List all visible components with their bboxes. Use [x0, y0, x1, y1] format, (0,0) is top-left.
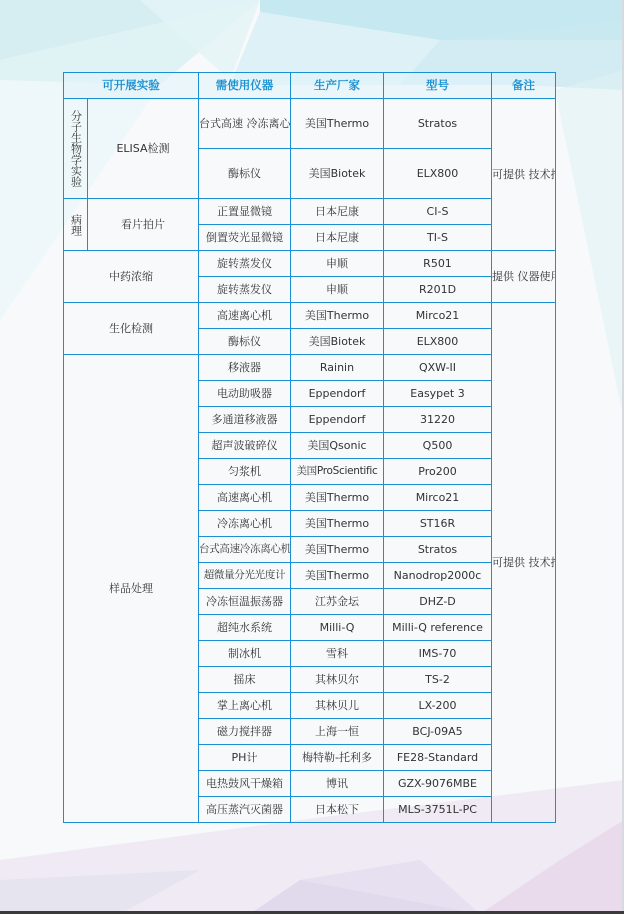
manufacturer-cell: 美国Biotek [291, 329, 384, 355]
manufacturer-cell: 美国ProScientific [291, 459, 384, 485]
model-cell: GZX-9076MBE [384, 771, 492, 797]
instrument-cell: 超微量分光光度计 [199, 563, 291, 589]
instrument-cell: 酶标仪 [199, 329, 291, 355]
table-header-row: 可开展实验 需使用仪器 生产厂家 型号 备注 [64, 73, 556, 99]
note-tech-guidance-2: 可提供 技术指导 [492, 303, 556, 823]
manufacturer-cell: Rainin [291, 355, 384, 381]
model-cell: Mirco21 [384, 485, 492, 511]
model-cell: Nanodrop2000c [384, 563, 492, 589]
instrument-cell: 掌上离心机 [199, 693, 291, 719]
equipment-table: 可开展实验 需使用仪器 生产厂家 型号 备注 分子生物学实验 ELISA检测 台… [63, 72, 556, 823]
manufacturer-cell: Milli-Q [291, 615, 384, 641]
manufacturer-cell: 日本尼康 [291, 225, 384, 251]
instrument-cell: 冷冻离心机 [199, 511, 291, 537]
model-cell: FE28-Standard [384, 745, 492, 771]
instrument-cell: 匀浆机 [199, 459, 291, 485]
header-instrument: 需使用仪器 [199, 73, 291, 99]
model-cell: Pro200 [384, 459, 492, 485]
manufacturer-cell: 美国Thermo [291, 511, 384, 537]
manufacturer-cell: 美国Thermo [291, 537, 384, 563]
instrument-cell: 磁力搅拌器 [199, 719, 291, 745]
model-cell: R501 [384, 251, 492, 277]
instrument-cell: 冷冻恒温振荡器 [199, 589, 291, 615]
manufacturer-cell: 其林贝儿 [291, 693, 384, 719]
manufacturer-cell: 日本松下 [291, 797, 384, 823]
model-cell: BCJ-09A5 [384, 719, 492, 745]
instrument-cell: 制冰机 [199, 641, 291, 667]
instrument-cell: PH计 [199, 745, 291, 771]
category-molecular: 分子生物学实验 [70, 110, 82, 187]
header-notes: 备注 [492, 73, 556, 99]
experiment-tcm: 中药浓缩 [64, 251, 199, 303]
instrument-cell: 高速离心机 [199, 485, 291, 511]
model-cell: Milli-Q reference [384, 615, 492, 641]
category-cell: 分子生物学实验 [64, 99, 88, 199]
model-cell: QXW-II [384, 355, 492, 381]
manufacturer-cell: 美国Thermo [291, 485, 384, 511]
table-row: 分子生物学实验 ELISA检测 台式高速 冷冻离心机 美国Thermo Stra… [64, 99, 556, 149]
manufacturer-cell: 其林贝尔 [291, 667, 384, 693]
table-row: 中药浓缩 旋转蒸发仪 申顺 R501 提供 仪器使用 [64, 251, 556, 277]
model-cell: IMS-70 [384, 641, 492, 667]
model-cell: LX-200 [384, 693, 492, 719]
manufacturer-cell: 美国Thermo [291, 563, 384, 589]
model-cell: ELX800 [384, 149, 492, 199]
manufacturer-cell: 申顺 [291, 277, 384, 303]
header-manufacturer: 生产厂家 [291, 73, 384, 99]
model-cell: ST16R [384, 511, 492, 537]
instrument-cell: 旋转蒸发仪 [199, 251, 291, 277]
instrument-cell: 电动助吸器 [199, 381, 291, 407]
instrument-cell: 超纯水系统 [199, 615, 291, 641]
manufacturer-cell: 雪科 [291, 641, 384, 667]
note-instrument-use: 提供 仪器使用 [492, 251, 556, 303]
manufacturer-cell: 江苏金坛 [291, 589, 384, 615]
category-cell: 病理 [64, 199, 88, 251]
model-cell: Q500 [384, 433, 492, 459]
instrument-cell: 多通道移液器 [199, 407, 291, 433]
instrument-cell: 倒置荧光显微镜 [199, 225, 291, 251]
manufacturer-cell: 美国Qsonic [291, 433, 384, 459]
model-cell: Stratos [384, 99, 492, 149]
instrument-cell: 旋转蒸发仪 [199, 277, 291, 303]
model-cell: TS-2 [384, 667, 492, 693]
instrument-cell: 超声波破碎仪 [199, 433, 291, 459]
model-cell: Stratos [384, 537, 492, 563]
manufacturer-cell: 美国Biotek [291, 149, 384, 199]
table-row: 生化检测 高速离心机 美国Thermo Mirco21 可提供 技术指导 [64, 303, 556, 329]
manufacturer-cell: 美国Thermo [291, 303, 384, 329]
instrument-cell: 高压蒸汽灭菌器 [199, 797, 291, 823]
instrument-cell: 电热鼓风干燥箱 [199, 771, 291, 797]
instrument-cell: 高速离心机 [199, 303, 291, 329]
experiment-pathology: 看片拍片 [88, 199, 199, 251]
table-row: 病理 看片拍片 正置显微镜 日本尼康 CI-S [64, 199, 556, 225]
experiment-elisa: ELISA检测 [88, 99, 199, 199]
manufacturer-cell: 日本尼康 [291, 199, 384, 225]
header-experiment: 可开展实验 [64, 73, 199, 99]
model-cell: Mirco21 [384, 303, 492, 329]
manufacturer-cell: Eppendorf [291, 407, 384, 433]
manufacturer-cell: 申顺 [291, 251, 384, 277]
header-model: 型号 [384, 73, 492, 99]
manufacturer-cell: 梅特勒-托利多 [291, 745, 384, 771]
instrument-cell: 移液器 [199, 355, 291, 381]
category-pathology: 病理 [70, 214, 82, 236]
model-cell: ELX800 [384, 329, 492, 355]
model-cell: 31220 [384, 407, 492, 433]
model-cell: R201D [384, 277, 492, 303]
manufacturer-cell: 美国Thermo [291, 99, 384, 149]
manufacturer-cell: 博讯 [291, 771, 384, 797]
experiment-sample: 样品处理 [64, 355, 199, 823]
instrument-cell: 台式高速 冷冻离心机 [199, 99, 291, 149]
model-cell: DHZ-D [384, 589, 492, 615]
instrument-cell: 台式高速冷冻离心机 [199, 537, 291, 563]
manufacturer-cell: Eppendorf [291, 381, 384, 407]
instrument-cell: 酶标仪 [199, 149, 291, 199]
model-cell: TI-S [384, 225, 492, 251]
model-cell: MLS-3751L-PC [384, 797, 492, 823]
experiment-biochem: 生化检测 [64, 303, 199, 355]
instrument-cell: 正置显微镜 [199, 199, 291, 225]
manufacturer-cell: 上海一恒 [291, 719, 384, 745]
note-tech-guidance: 可提供 技术指导 [492, 99, 556, 251]
model-cell: CI-S [384, 199, 492, 225]
instrument-cell: 摇床 [199, 667, 291, 693]
model-cell: Easypet 3 [384, 381, 492, 407]
table-row: 样品处理 移液器 Rainin QXW-II [64, 355, 556, 381]
